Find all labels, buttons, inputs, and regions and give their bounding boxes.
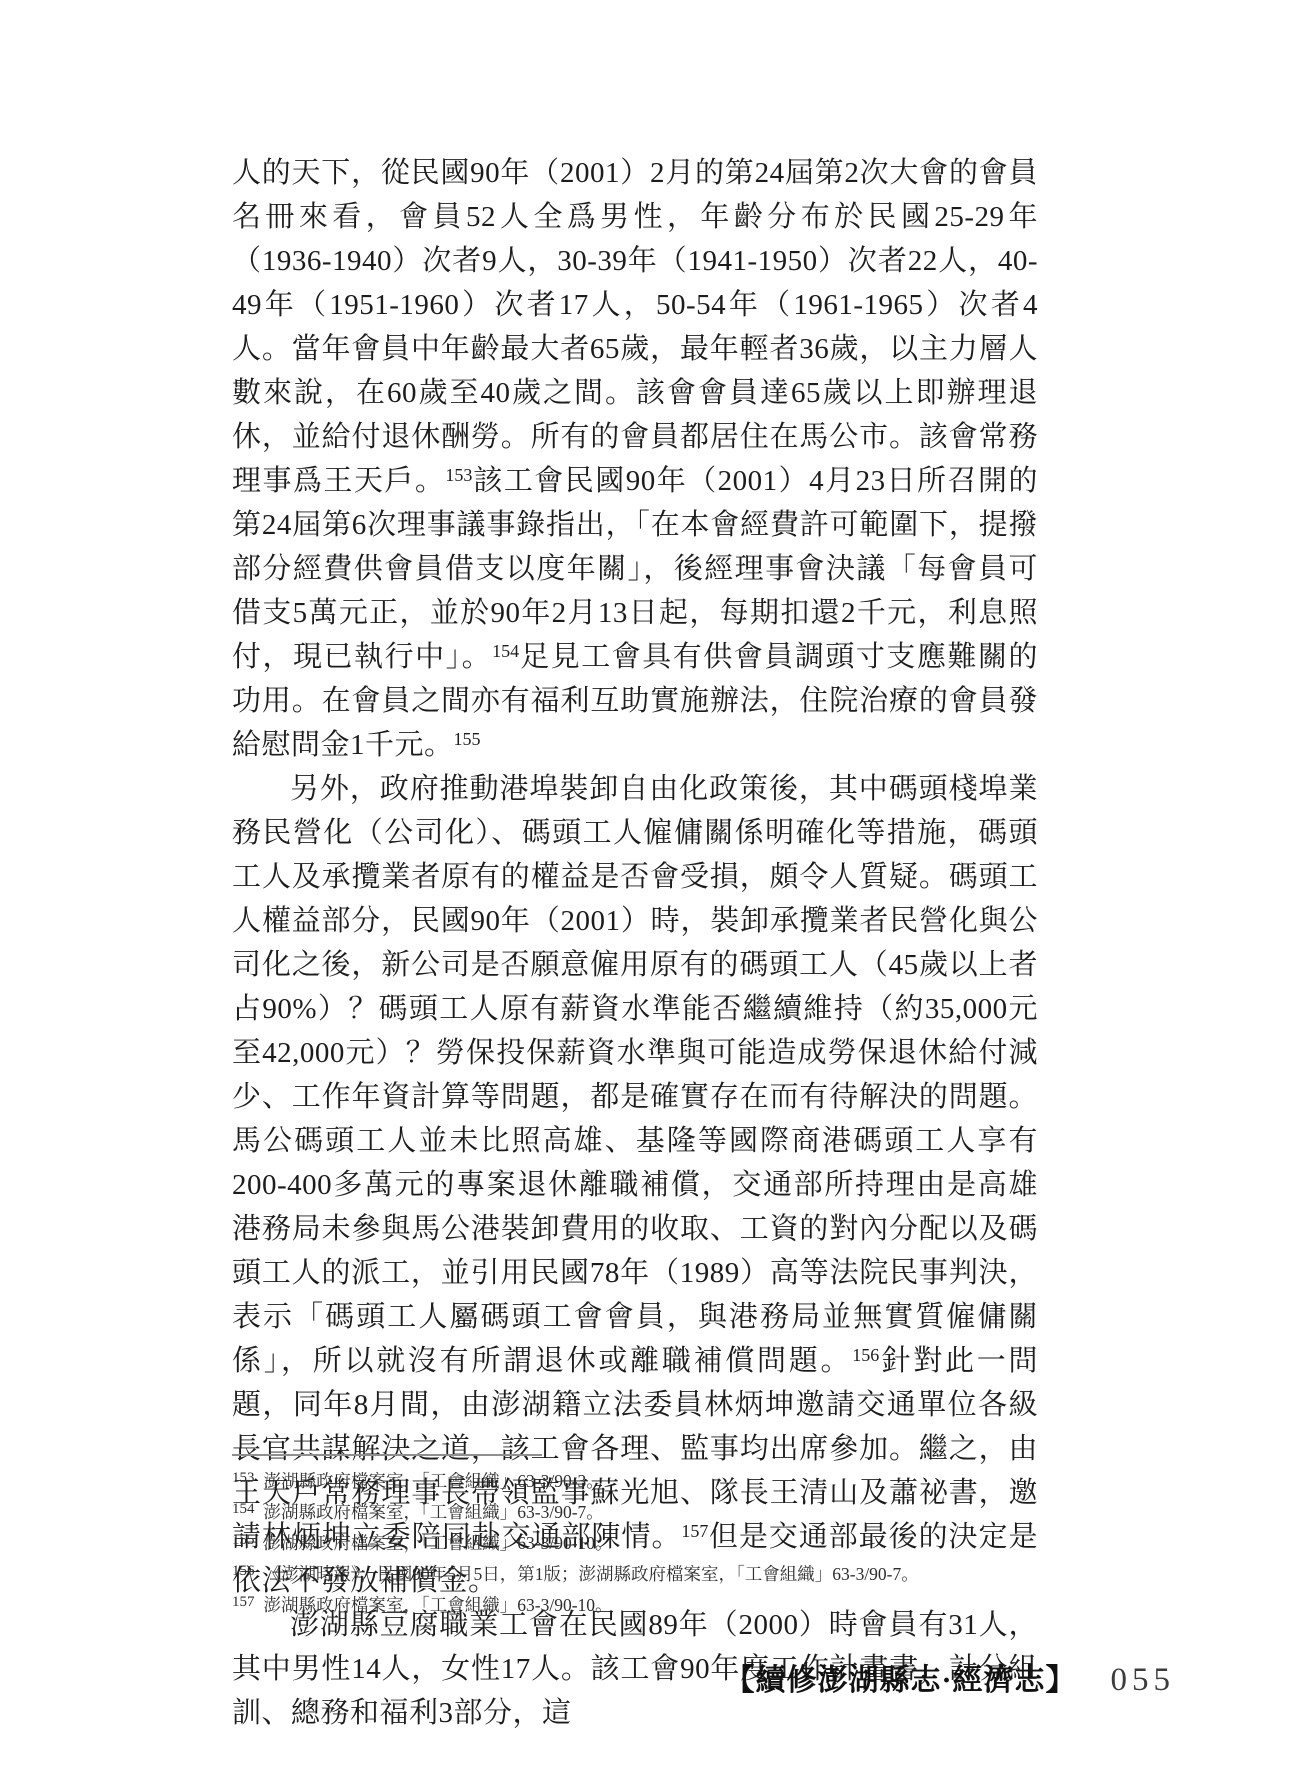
footnote-number: 155	[232, 1532, 255, 1548]
footnote-number: 154	[232, 1501, 255, 1517]
footnote-text: 澎湖縣政府檔案室，「工會組織」63-3/90-3。	[264, 1471, 604, 1491]
footnote: 155澎湖縣政府檔案室，「工會組織」63-3/90-10。	[232, 1526, 1062, 1557]
footnote: 157澎湖縣政府檔案室，「工會組織」63-3/90-10。	[232, 1588, 1062, 1619]
book-title: 【續修澎湖縣志·經濟志】	[724, 1664, 1076, 1697]
footnote-text: 澎湖縣政府檔案室，「工會組織」63-3/90-10。	[264, 1533, 613, 1553]
footnotes-section: 153澎湖縣政府檔案室，「工會組織」63-3/90-3。154澎湖縣政府檔案室，…	[232, 1464, 1062, 1619]
footnote-ref: 155	[454, 729, 481, 749]
footnote: 154澎湖縣政府檔案室，「工會組織」63-3/90-7。	[232, 1495, 1062, 1526]
footnote: 156《澎湖時報》，民國90年5月5日，第1版；澎湖縣政府檔案室，「工會組織」6…	[232, 1557, 1062, 1588]
footnote-ref: 154	[492, 641, 519, 661]
footnote-ref: 153	[445, 465, 472, 485]
footnote-number: 156	[232, 1563, 255, 1579]
footnote-separator	[232, 1454, 542, 1456]
footnote-ref: 156	[852, 1345, 879, 1365]
footnote-text: 澎湖縣政府檔案室，「工會組織」63-3/90-7。	[264, 1502, 604, 1522]
footnote-number: 153	[232, 1470, 255, 1486]
footnote: 153澎湖縣政府檔案室，「工會組織」63-3/90-3。	[232, 1464, 1062, 1495]
paragraph: 人的天下，從民國90年（2001）2月的第24屆第2次大會的會員名冊來看，會員5…	[232, 151, 1038, 767]
document-page: 人的天下，從民國90年（2001）2月的第24屆第2次大會的會員名冊來看，會員5…	[0, 0, 1300, 1779]
footnote-text: 澎湖縣政府檔案室，「工會組織」63-3/90-10。	[264, 1595, 613, 1615]
page-footer: 【續修澎湖縣志·經濟志】 055	[724, 1655, 1175, 1699]
footnote-text: 《澎湖時報》，民國90年5月5日，第1版；澎湖縣政府檔案室，「工會組織」63-3…	[264, 1564, 919, 1584]
page-number: 055	[1111, 1662, 1176, 1698]
footnote-number: 157	[232, 1594, 255, 1610]
